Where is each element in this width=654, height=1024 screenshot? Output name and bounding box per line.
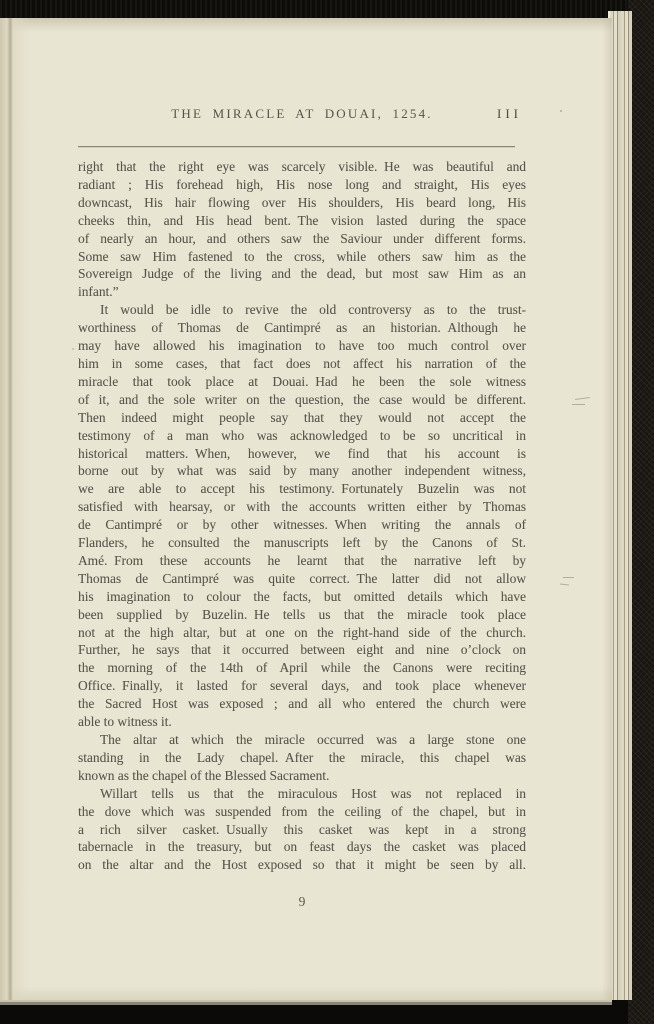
paragraph: The altar at which the miracle occurred … <box>78 731 526 785</box>
running-title: THE MIRACLE AT DOUAI, 1254. <box>78 106 526 122</box>
text-line: the dove which was suspended from the ce… <box>78 803 526 821</box>
book-page: THE MIRACLE AT DOUAI, 1254. III right th… <box>0 18 612 1002</box>
paragraph: Willart tells us that the miraculous Hos… <box>78 785 526 875</box>
text-line: Then indeed might people say that they w… <box>78 409 526 427</box>
text-line: tabernacle in the treasury, but on feast… <box>78 838 526 856</box>
folio-number: III <box>497 106 522 122</box>
text-line: Thomas de Cantimpré was quite correct. T… <box>78 570 526 588</box>
text-line: on the altar and the Host exposed so tha… <box>78 856 526 874</box>
text-line: infant.” <box>78 283 526 301</box>
page-footer: 9 <box>78 894 526 910</box>
text-line: historical matters. When, however, we fi… <box>78 445 526 463</box>
scan-speck <box>560 110 562 112</box>
text-line: Willart tells us that the miraculous Hos… <box>78 785 526 803</box>
header-rule <box>78 146 515 147</box>
text-line: not at the high altar, but at one on the… <box>78 624 526 642</box>
text-line: de Cantimpré or by other witnesses. When… <box>78 516 526 534</box>
pencil-mark <box>575 397 590 400</box>
text-line: Amé. From these accounts he learnt that … <box>78 552 526 570</box>
text-line: we are able to accept his testimony. For… <box>78 480 526 498</box>
text-line: right that the right eye was scarcely vi… <box>78 158 526 176</box>
running-head: THE MIRACLE AT DOUAI, 1254. III <box>78 106 526 126</box>
text-line: Some saw Him fastened to the cross, whil… <box>78 248 526 266</box>
pencil-mark <box>563 577 574 578</box>
page-body: right that the right eye was scarcely vi… <box>78 158 526 874</box>
text-line: cheeks thin, and His head bent. The visi… <box>78 212 526 230</box>
text-line: of nearly an hour, and others saw the Sa… <box>78 230 526 248</box>
text-line: satisfied with hearsay, or with the acco… <box>78 498 526 516</box>
text-line: Further, he says that it occurred betwee… <box>78 641 526 659</box>
page-edge-stack <box>610 11 632 1000</box>
text-line: of it, and the sole writer on the questi… <box>78 391 526 409</box>
text-line: the morning of the 14th of April while t… <box>78 659 526 677</box>
footer-page-number: 9 <box>299 894 306 909</box>
pencil-mark <box>560 584 569 586</box>
text-line: borne out by what was said by many anoth… <box>78 462 526 480</box>
text-line: his imagination to colour the facts, but… <box>78 588 526 606</box>
text-line: him in some cases, that fact does not af… <box>78 355 526 373</box>
text-line: known as the chapel of the Blessed Sacra… <box>78 767 526 785</box>
gutter-crease <box>7 18 13 1000</box>
text-line: Sovereign Judge of the living and the de… <box>78 265 526 283</box>
text-line: worthiness of Thomas de Cantimpré as an … <box>78 319 526 337</box>
text-line: the Sacred Host was exposed ; and all wh… <box>78 695 526 713</box>
text-line: It would be idle to revive the old contr… <box>78 301 526 319</box>
text-line: may have allowed his imagination to have… <box>78 337 526 355</box>
text-line: radiant ; His forehead high, His nose lo… <box>78 176 526 194</box>
text-line: testimony of a man who was acknowledged … <box>78 427 526 445</box>
text-line: standing in the Lady chapel. After the m… <box>78 749 526 767</box>
book-cover-top-edge <box>0 0 654 18</box>
text-line: Office. Finally, it lasted for several d… <box>78 677 526 695</box>
text-line: able to witness it. <box>78 713 526 731</box>
text-line: downcast, His hair flowing over His shou… <box>78 194 526 212</box>
text-line: The altar at which the miracle occurred … <box>78 731 526 749</box>
paragraph: right that the right eye was scarcely vi… <box>78 158 526 301</box>
text-line: a rich silver casket. Usually this caske… <box>78 821 526 839</box>
scanned-book-photo: THE MIRACLE AT DOUAI, 1254. III right th… <box>0 0 654 1024</box>
paragraph: It would be idle to revive the old contr… <box>78 301 526 731</box>
text-line: been supplied by Buzelin. He tells us th… <box>78 606 526 624</box>
text-line: Flanders, he consulted the manuscripts l… <box>78 534 526 552</box>
scan-speck <box>72 348 74 350</box>
pencil-mark <box>572 404 585 405</box>
text-line: miracle that took place at Douai. Had he… <box>78 373 526 391</box>
